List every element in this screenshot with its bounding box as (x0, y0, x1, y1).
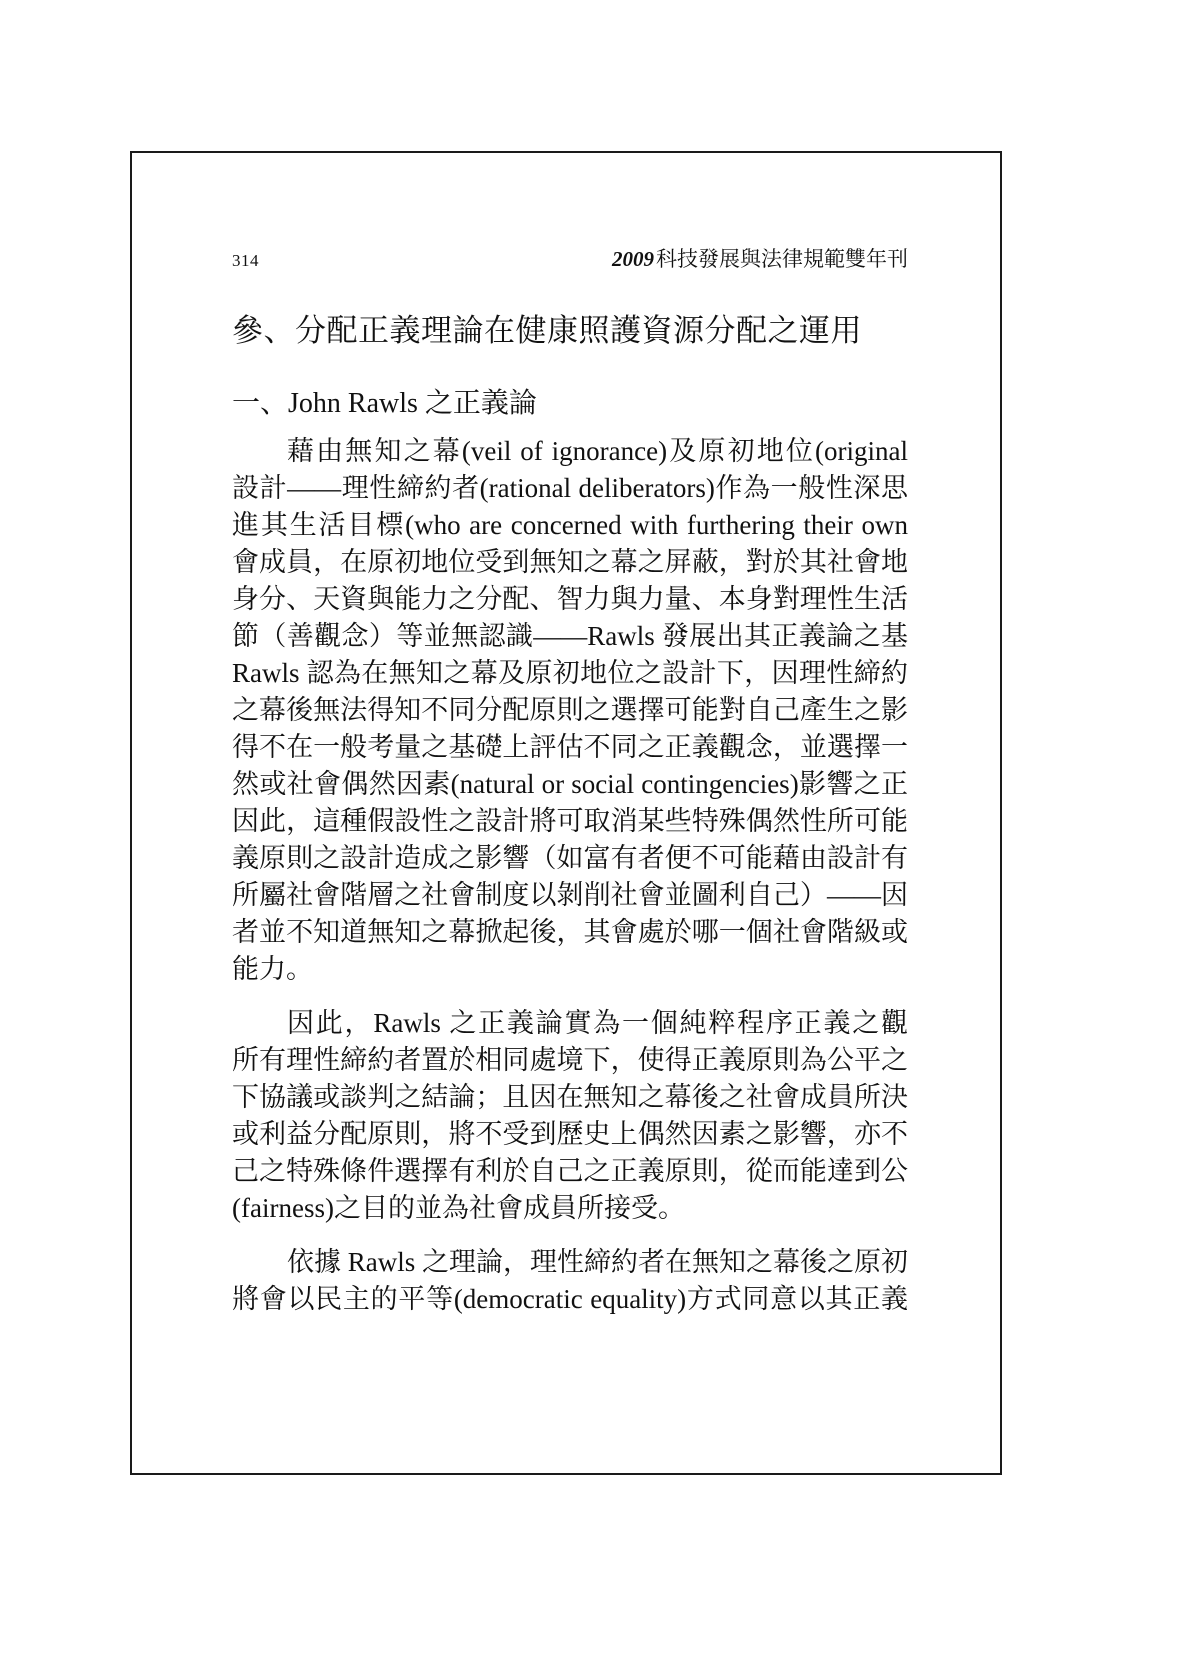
text-line: 然或社會偶然因素(natural or social contingencies… (232, 766, 908, 803)
running-header: 314 2009科技發展與法律規範雙年刊 (232, 243, 908, 267)
text-line: 義原則之設計造成之影響（如富有者便不可能藉由設計有利於自己 (232, 840, 908, 877)
text-line: 設計——理性締約者(rational deliberators)作為一般性深思熟… (232, 470, 908, 507)
journal-title: 2009科技發展與法律規範雙年刊 (612, 243, 908, 273)
text-line: 能力。 (232, 951, 908, 988)
text-line: 身分、天資與能力之分配、智力與力量、本身對理性生活計畫之細 (232, 581, 908, 618)
text-line: 藉由無知之幕(veil of ignorance)及原初地位(original … (232, 433, 908, 470)
text-line: 會成員，在原初地位受到無知之幕之屏蔽，對於其社會地位與階級 (232, 544, 908, 581)
text-line: 得不在一般考量之基礎上評估不同之正義觀念，並選擇一套不受自 (232, 729, 908, 766)
section-title: 參、分配正義理論在健康照護資源分配之運用 (232, 311, 908, 351)
text-line: 己之特殊條件選擇有利於自己之正義原則，從而能達到公正 (232, 1153, 908, 1190)
text-line: 或利益分配原則，將不受到歷史上偶然因素之影響，亦不能針對自 (232, 1116, 908, 1153)
text-line: 因此，Rawls 之正義論實為一個純粹程序正義之觀念，藉由將 (232, 1005, 908, 1042)
page-content: 314 2009科技發展與法律規範雙年刊 參、分配正義理論在健康照護資源分配之運… (132, 243, 1000, 1318)
text-line: 所有理性締約者置於相同處境下，使得正義原則為公平之原初地位 (232, 1042, 908, 1079)
paragraph: 依據 Rawls 之理論，理性締約者在無知之幕後之原初地位下，將會以民主的平等(… (232, 1244, 908, 1318)
text-line: 因此，這種假設性之設計將可取消某些特殊偶然性所可能對分配正 (232, 803, 908, 840)
journal-year: 2009 (612, 247, 654, 271)
text-line: 所屬社會階層之社會制度以剝削社會並圖利自己）——因理性締約 (232, 877, 908, 914)
text-line: (fairness)之目的並為社會成員所接受。 (232, 1190, 908, 1227)
text-line: 將會以民主的平等(democratic equality)方式同意以其正義原則而… (232, 1281, 908, 1318)
page-border: 314 2009科技發展與法律規範雙年刊 參、分配正義理論在健康照護資源分配之運… (130, 151, 1002, 1475)
subsection-title: 一、John Rawls 之正義論 (232, 387, 908, 421)
page-number: 314 (232, 251, 259, 271)
text-line: Rawls 認為在無知之幕及原初地位之設計下，因理性締約者在無知 (232, 655, 908, 692)
text-line: 進其生活目標(who are concerned with furthering… (232, 507, 908, 544)
text-line: 依據 Rawls 之理論，理性締約者在無知之幕後之原初地位下， (232, 1244, 908, 1281)
text-line: 者並不知道無知之幕掀起後，其會處於哪一個社會階級或具有何種 (232, 914, 908, 951)
body-text: 藉由無知之幕(veil of ignorance)及原初地位(original … (232, 433, 908, 1318)
paragraph: 藉由無知之幕(veil of ignorance)及原初地位(original … (232, 433, 908, 988)
journal-name: 科技發展與法律規範雙年刊 (656, 247, 908, 271)
text-line: 節（善觀念）等並無認識——Rawls 發展出其正義論之基本原則。 (232, 618, 908, 655)
text-line: 下協議或談判之結論；且因在無知之幕後之社會成員所決定之權利 (232, 1079, 908, 1116)
text-line: 之幕後無法得知不同分配原則之選擇可能對自己產生之影響，遂不 (232, 692, 908, 729)
paragraph: 因此，Rawls 之正義論實為一個純粹程序正義之觀念，藉由將所有理性締約者置於相… (232, 1005, 908, 1227)
